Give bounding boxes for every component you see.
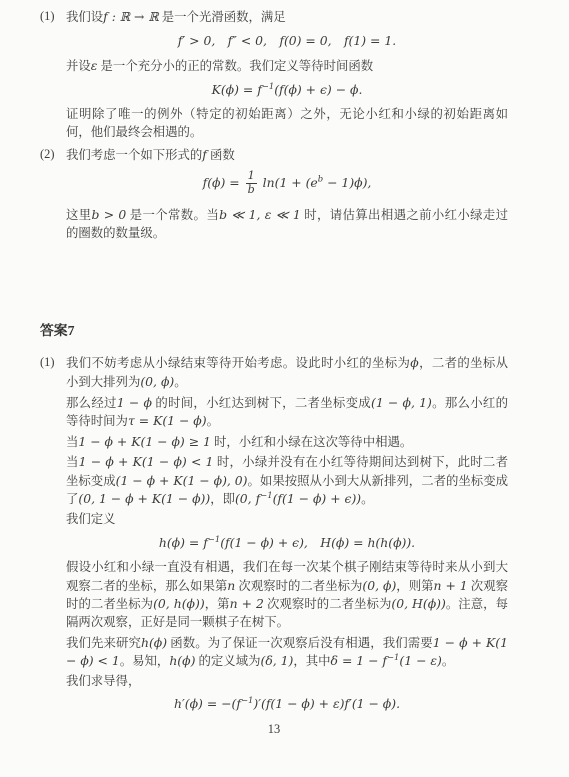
math-run: (f(ϕ) + ϵ) − ϕ. xyxy=(274,82,362,97)
math-run: δ = 1 − f xyxy=(331,653,387,668)
math-run: (δ, 1) xyxy=(260,653,293,668)
math-run: 1 − ϕ xyxy=(117,395,152,410)
display-formula-h-prime: h′(ϕ) = −(f−1)′(f(1 − ϕ) + ε)f′(1 − ϕ). xyxy=(66,695,508,714)
text-run: 函数。为了保证一次观察后没有相遇，我们需要 xyxy=(167,636,433,650)
text-run: 这里 xyxy=(66,208,92,222)
math-run: H(ϕ) = h(h(ϕ)). xyxy=(320,535,415,550)
paragraph-estimate: 这里b > 0 是一个常数。当b ≪ 1, ε ≪ 1 时，请估算出相遇之前小红… xyxy=(66,206,508,242)
math-run: h(ϕ) = f xyxy=(159,535,208,550)
item-label: (1) xyxy=(40,354,66,721)
paragraph: 那么经过1 − ϕ 的时间，小红达到树下，二者坐标变成(1 − ϕ, 1)。那么… xyxy=(66,394,508,431)
text-run: 我们不妨考虑从小绿结束等待开始考虑。设此时小红的坐标为 xyxy=(66,356,410,370)
math-run: h(ϕ) xyxy=(141,635,167,650)
math-run: )′(f(1 − ϕ) + ε)f′(1 − ϕ). xyxy=(253,696,400,711)
text-run: 。易知， xyxy=(120,654,170,668)
math-run: b > 0 xyxy=(92,207,127,222)
text-run: 函数 xyxy=(207,148,235,162)
text-run: 我们设 xyxy=(66,10,103,24)
math-run: 1 − ϕ + K(1 − ϕ) ≥ 1 xyxy=(78,434,211,449)
text-run: 时，小红和小绿在这次等待中相遇。 xyxy=(211,435,412,449)
text-run: 次观察时的二者坐标为 xyxy=(235,579,362,593)
math-run: (0, f xyxy=(235,491,260,506)
text-run: 我们求导得， xyxy=(66,674,140,688)
text-run: 的定义域为 xyxy=(195,654,260,668)
document-page: (1) 我们设f : ℝ → ℝ 是一个光滑函数，满足 f′ > 0, f″ <… xyxy=(0,0,569,777)
problem-item-2: (2) 我们考虑一个如下形式的f 函数 f(ϕ) = 1b ln(1 + (eb… xyxy=(40,146,508,245)
answer-heading: 答案7 xyxy=(40,322,508,340)
math-run: (f(1 − ϕ) + ϵ), xyxy=(220,535,308,550)
text-run: 证明除了唯一的例外（特定的初始距离）之外，无论小红和小绿的初始距离如何，他们最终… xyxy=(66,107,508,139)
display-formula-conditions: f′ > 0, f″ < 0, f(0) = 0, f(1) = 1. xyxy=(66,32,508,51)
text-run: 并设 xyxy=(66,59,91,73)
math-run: (0, h(ϕ)) xyxy=(153,596,205,611)
paragraph-prove: 证明除了唯一的例外（特定的初始距离）之外，无论小红和小绿的初始距离如何，他们最终… xyxy=(66,106,508,141)
math-run: (f(1 − ϕ) + ϵ)) xyxy=(273,491,362,506)
math-run: h′(ϕ) = −(f xyxy=(174,696,241,711)
paragraph: 假设小红和小绿一直没有相遇，我们在每一次某个棋子刚结束等待时来从小到大观察二者的… xyxy=(66,559,508,631)
superscript-run: −1 xyxy=(208,534,220,544)
item-body: 我们考虑一个如下形式的f 函数 f(ϕ) = 1b ln(1 + (eb − 1… xyxy=(66,146,508,245)
paragraph: 我们先来研究h(ϕ) 函数。为了保证一次观察后没有相遇，我们需要1 − ϕ + … xyxy=(66,634,508,671)
text-run: 的时间，小红达到树下，二者坐标变成 xyxy=(152,396,371,410)
math-run: (0, 1 − ϕ + K(1 − ϕ)) xyxy=(78,491,210,506)
item-label: (1) xyxy=(40,8,66,144)
text-run: 我们先来研究 xyxy=(66,636,141,650)
math-run: (1 − ϕ + K(1 − ϕ), 0) xyxy=(116,473,248,488)
math-run: K(ϕ) = f xyxy=(212,82,262,97)
paragraph: 当1 − ϕ + K(1 − ϕ) ≥ 1 时，小红和小绿在这次等待中相遇。 xyxy=(66,433,508,452)
math-run: f′ > 0, f″ < 0, f(0) = 0, f(1) = 1. xyxy=(178,33,396,48)
math-run: n + 2 xyxy=(230,596,264,611)
paragraph-intro: 我们设f : ℝ → ℝ 是一个光滑函数，满足 xyxy=(66,8,508,27)
text-run: 。 xyxy=(174,375,186,389)
item-body: 我们不妨考虑从小绿结束等待开始考虑。设此时小红的坐标为ϕ，二者的坐标从小到大排列… xyxy=(66,354,508,721)
display-formula-f: f(ϕ) = 1b ln(1 + (eb − 1)ϕ), xyxy=(66,171,508,197)
text-run: 是一个光滑函数，满足 xyxy=(159,10,286,24)
paragraph-epsilon: 并设ε 是一个充分小的正的常数。我们定义等待时间函数 xyxy=(66,57,508,76)
text-run: ，第 xyxy=(205,597,230,611)
superscript-run: −1 xyxy=(241,695,253,705)
text-run: ，其中 xyxy=(293,654,330,668)
text-run: 当 xyxy=(66,455,79,469)
text-run: 是一个充分小的正的常数。我们定义等待时间函数 xyxy=(97,59,373,73)
text-run: 那么经过 xyxy=(66,396,117,410)
math-run: (0, H(ϕ)) xyxy=(391,596,445,611)
text-run: 当 xyxy=(66,435,78,449)
text-run: ，即 xyxy=(210,492,235,506)
math-run: (0, ϕ) xyxy=(140,374,174,389)
paragraph-intro: 我们考虑一个如下形式的f 函数 xyxy=(66,146,508,165)
page-number: 13 xyxy=(40,721,508,739)
text-run: 。 xyxy=(442,654,454,668)
item-label: (2) xyxy=(40,146,66,245)
math-run: ϕ xyxy=(410,355,418,370)
text-run: 次观察时的二者坐标为 xyxy=(264,597,392,611)
text-run: ，则第 xyxy=(396,579,433,593)
superscript-run: −1 xyxy=(262,81,274,91)
display-formula-h-H: h(ϕ) = f−1(f(1 − ϕ) + ϵ), H(ϕ) = h(h(ϕ))… xyxy=(66,534,508,553)
math-run: (1 − ϕ, 1) xyxy=(371,395,432,410)
problem-item-1: (1) 我们设f : ℝ → ℝ 是一个光滑函数，满足 f′ > 0, f″ <… xyxy=(40,8,508,144)
fraction: 1b xyxy=(246,170,257,196)
text-run: 我们定义 xyxy=(66,512,116,526)
text-run xyxy=(308,536,320,550)
superscript-run: −1 xyxy=(260,490,272,500)
display-formula-wait-time: K(ϕ) = f−1(f(ϕ) + ϵ) − ϕ. xyxy=(66,81,508,100)
math-run: b ≪ 1, ε ≪ 1 xyxy=(219,207,301,222)
text-run: 。 xyxy=(207,414,219,428)
math-run: ln(1 + (e xyxy=(259,175,318,190)
answer-item-1: (1) 我们不妨考虑从小绿结束等待开始考虑。设此时小红的坐标为ϕ，二者的坐标从小… xyxy=(40,354,508,721)
math-run: τ = K(1 − ϕ) xyxy=(128,413,207,428)
text-run: 。 xyxy=(361,492,373,506)
paragraph-derive: 我们求导得， xyxy=(66,673,508,691)
math-run: − 1)ϕ), xyxy=(323,175,371,190)
paragraph-define: 我们定义 xyxy=(66,511,508,529)
text-run: 是一个常数。当 xyxy=(126,208,219,222)
math-run: f(ϕ) = xyxy=(203,175,244,190)
math-run: (1 − ε) xyxy=(399,653,441,668)
superscript-run: −1 xyxy=(387,652,399,662)
paragraph: 我们不妨考虑从小绿结束等待开始考虑。设此时小红的坐标为ϕ，二者的坐标从小到大排列… xyxy=(66,354,508,391)
math-run: 1 − ϕ + K(1 − ϕ) < 1 xyxy=(79,454,214,469)
math-run: f : ℝ → ℝ xyxy=(103,9,159,24)
paragraph: 当1 − ϕ + K(1 − ϕ) < 1 时，小绿并没有在小红等待期间达到树下… xyxy=(66,453,508,509)
item-body: 我们设f : ℝ → ℝ 是一个光滑函数，满足 f′ > 0, f″ < 0, … xyxy=(66,8,508,144)
text-run: 我们考虑一个如下形式的 xyxy=(66,148,202,162)
math-run: n + 1 xyxy=(434,578,468,593)
math-run: (0, ϕ) xyxy=(362,578,396,593)
math-run: h(ϕ) xyxy=(169,653,195,668)
